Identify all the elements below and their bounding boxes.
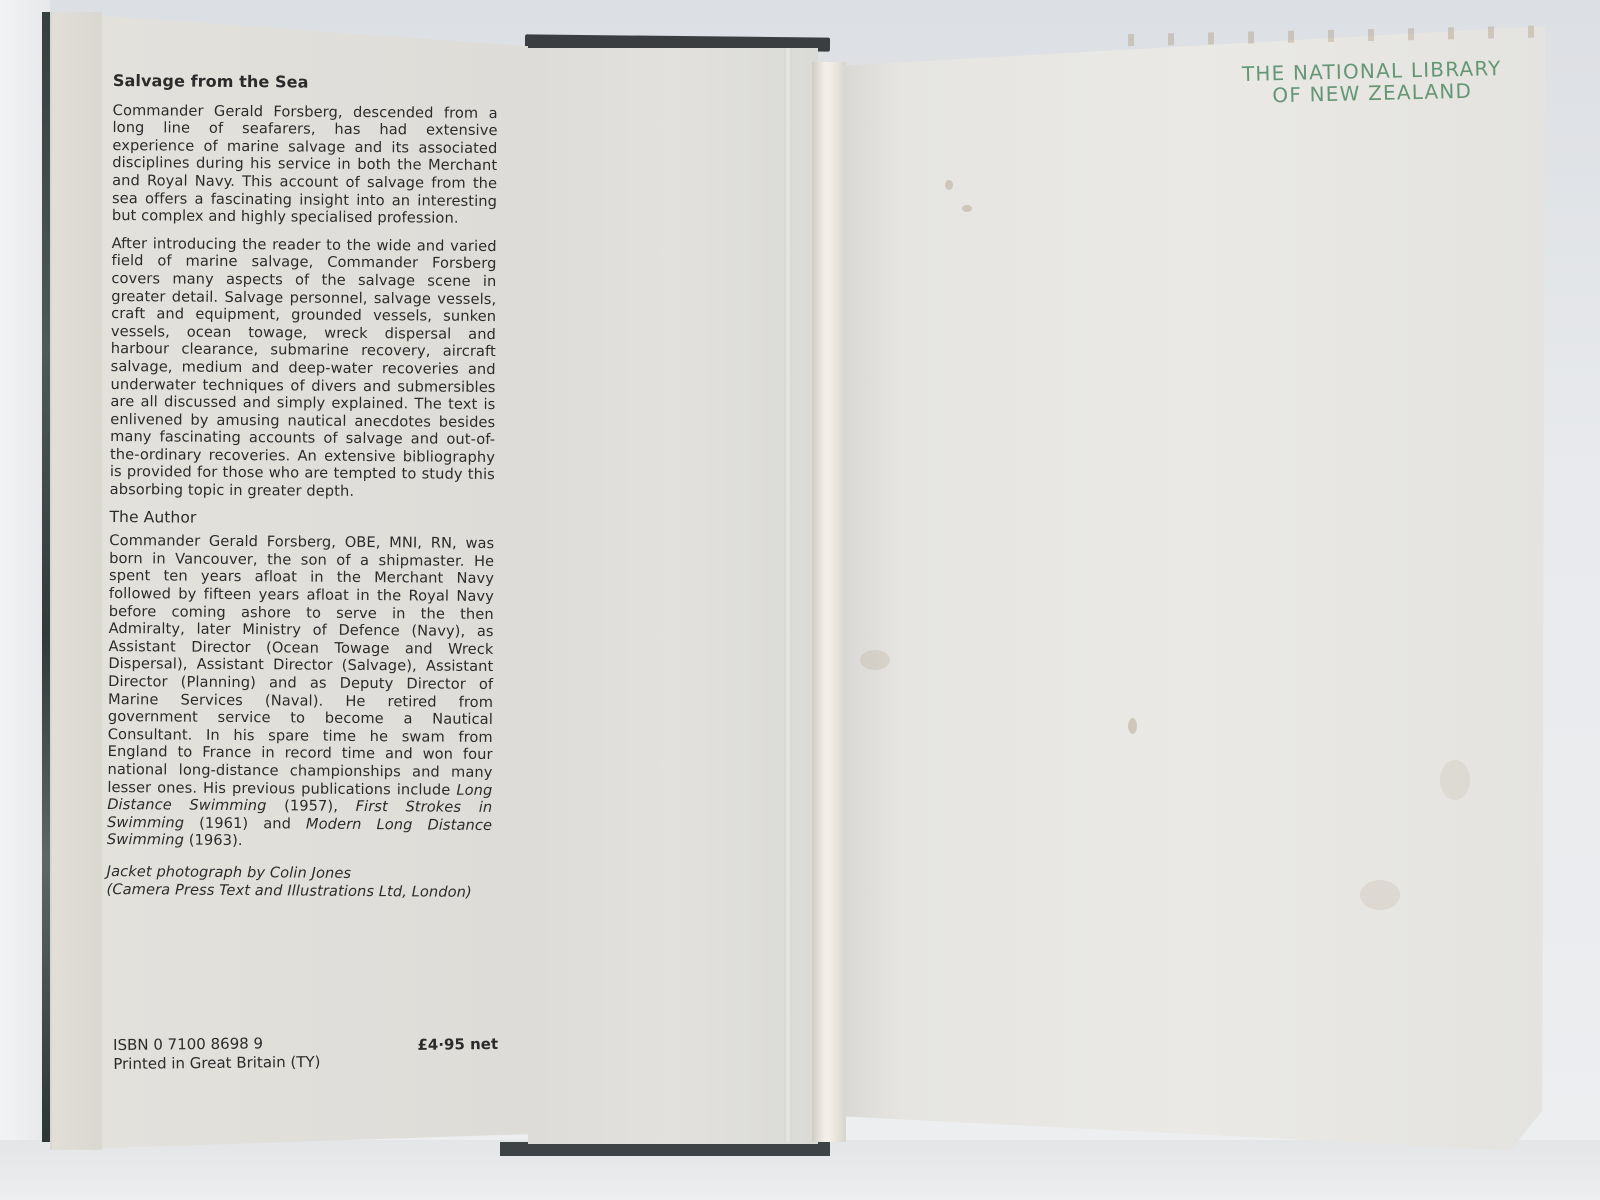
book-year-3: (1963). (184, 832, 243, 849)
jacket-fold-shadow (52, 12, 102, 1150)
photo-credit-line-2: (Camera Press Text and Illustrations Ltd… (107, 881, 492, 902)
blurb-paragraph-2: After introducing the reader to the wide… (110, 235, 497, 502)
foxing-spot (860, 650, 890, 670)
endpaper-crease (784, 48, 792, 1142)
book-gutter (812, 62, 846, 1142)
foxing-spot (1128, 718, 1137, 734)
publication-info: ISBN 0 7100 8698 9 Printed in Great Brit… (113, 1034, 321, 1074)
book-title: Salvage from the Sea (113, 72, 498, 93)
book-cover-board-bottom (500, 1142, 830, 1156)
author-heading: The Author (109, 509, 494, 530)
flap-footer: ISBN 0 7100 8698 9 Printed in Great Brit… (113, 1032, 498, 1074)
photo-credit: Jacket photograph by Colin Jones (Camera… (107, 863, 492, 901)
isbn: ISBN 0 7100 8698 9 (113, 1034, 320, 1055)
library-stamp: THE NATIONAL LIBRARY OF NEW ZEALAND (1222, 57, 1523, 108)
author-bio: Commander Gerald Forsberg, OBE, MNI, RN,… (107, 532, 494, 852)
foxing-spot (945, 180, 953, 190)
printed-in: Printed in Great Britain (TY) (113, 1053, 320, 1074)
front-pastedown-endpaper (528, 48, 818, 1144)
flap-blurb: Salvage from the Sea Commander Gerald Fo… (107, 72, 498, 901)
price: £4·95 net (417, 1035, 498, 1055)
free-endpaper-page (845, 26, 1545, 1156)
open-book-photo: THE NATIONAL LIBRARY OF NEW ZEALAND Salv… (0, 0, 1600, 1200)
author-bio-text: Commander Gerald Forsberg, OBE, MNI, RN,… (107, 532, 494, 798)
jacket-spine-edge (42, 12, 50, 1142)
book-year-1: (1957), (266, 797, 355, 815)
foxing-spot (962, 205, 972, 212)
foxing-spot (1360, 880, 1400, 910)
blurb-paragraph-1: Commander Gerald Forsberg, descended fro… (112, 102, 498, 228)
foxing-spot (1440, 760, 1470, 800)
book-year-2: (1961) and (184, 814, 306, 832)
